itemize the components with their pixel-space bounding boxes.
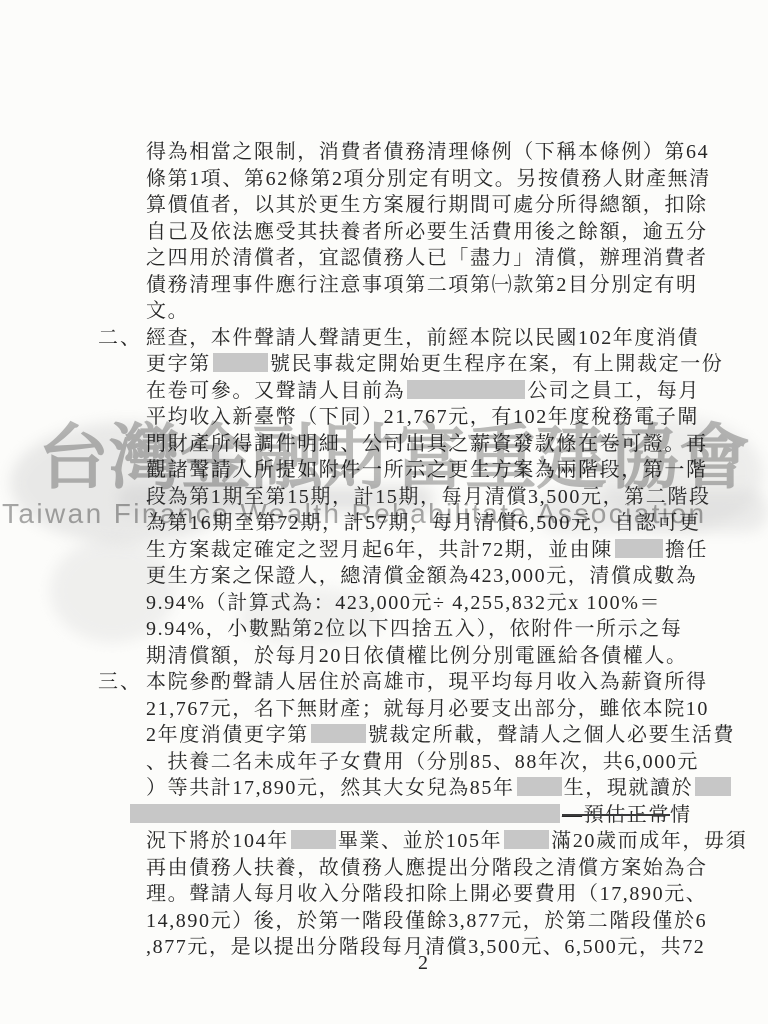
line-text: 經查，本件聲請人聲請更生，前經本院以民國102年度消債 <box>146 327 699 349</box>
line-text: 理。聲請人每月收入分階段扣除上開必要費用（17,890元、 <box>146 883 707 905</box>
document-line: 條第1項、第62條第2項分別定有明文。另按債務人財產無清 <box>98 166 748 193</box>
document-line: 況下將於104年畢業、並於105年滿20歲而成年，毋須 <box>98 828 748 855</box>
page-number: 2 <box>98 952 748 975</box>
line-text: 自己及依法應受其扶養者所必要生活費用後之餘額，逾五分 <box>146 221 708 243</box>
document-line: 21,767元，名下無財產；就每月必要支出部分，雖依本院10 <box>98 696 748 723</box>
line-text: 平均收入新臺幣（下同）21,767元，有102年度稅務電子閘 <box>146 406 699 428</box>
line-text: 21,767元，名下無財產；就每月必要支出部分，雖依本院10 <box>146 698 709 720</box>
line-text: 再由債務人扶養，故債務人應提出分階段之清償方案始為合 <box>146 857 708 879</box>
redaction-box <box>517 777 562 796</box>
document-line: ）等共計17,890元，然其大女兒為85年生，現就讀於 <box>98 775 748 802</box>
document-line: —預估正常情 <box>98 802 748 829</box>
line-text: 號裁定所載，聲請人之個人必要生活費 <box>368 724 735 746</box>
line-text: 9.94%，小數點第2位以下四捨五入），依附件一所示之每 <box>146 618 682 640</box>
line-text: 在卷可參。又聲請人目前為 <box>146 380 405 402</box>
document-line: 之四用於清償者，宜認債務人已「盡力」清償，辦理消費者 <box>98 245 748 272</box>
redaction-box <box>504 830 549 849</box>
document-line: 平均收入新臺幣（下同）21,767元，有102年度稅務電子閘 <box>98 404 748 431</box>
document-line: 、扶養二名未成年子女費用（分別85、88年次，共6,000元 <box>98 749 748 776</box>
document-line: 為第16期至第72期，計57期，每月清償6,500元，自認可更 <box>98 510 748 537</box>
document-line: 理。聲請人每月收入分階段扣除上開必要費用（17,890元、 <box>98 881 748 908</box>
line-text: 得為相當之限制，消費者債務清理條例（下稱本條例）第64 <box>146 141 709 163</box>
line-text: 滿20歲而成年，毋須 <box>551 830 747 852</box>
document-line: 得為相當之限制，消費者債務清理條例（下稱本條例）第64 <box>98 139 748 166</box>
section-label: 三、 <box>98 669 146 696</box>
line-text: 期清償額，於每月20日依債權比例分別電匯給各債權人。 <box>146 645 688 667</box>
line-text: 為第16期至第72期，計57期，每月清償6,500元，自認可更 <box>146 512 701 534</box>
line-text: 門財產所得調件明細、公司出具之薪資發款條在卷可證。再 <box>146 433 708 455</box>
document-line: 段為第1期至第15期，計15期，每月清償3,500元，第二階段 <box>98 484 748 511</box>
line-text: ）等共計17,890元，然其大女兒為85年 <box>146 777 515 799</box>
line-text: 算價值者，以其於更生方案履行期間可處分所得總額，扣除 <box>146 194 708 216</box>
redaction-box <box>615 539 663 558</box>
redaction-box <box>407 380 525 399</box>
line-text: 14,890元）後，於第一階段僅餘3,877元，於第二階段僅於6 <box>146 910 707 932</box>
line-text: 觀諸聲請人所提如附件一所示之更生方案為兩階段，第一階 <box>146 459 708 481</box>
line-text: 2年度消債更字第 <box>146 724 309 746</box>
document-line: 觀諸聲請人所提如附件一所示之更生方案為兩階段，第一階 <box>98 457 748 484</box>
document-line: 生方案裁定確定之翌月起6年，共計72期，並由陳擔任 <box>98 537 748 564</box>
text-column: 得為相當之限制，消費者債務清理條例（下稱本條例）第64條第1項、第62條第2項分… <box>98 139 748 961</box>
line-text: 本院參酌聲請人居住於高雄市，現平均每月收入為薪資所得 <box>146 671 708 693</box>
line-text: 號民事裁定開始更生程序在案，有上開裁定一份 <box>270 353 724 375</box>
document-line: 二、經查，本件聲請人聲請更生，前經本院以民國102年度消債 <box>98 325 748 352</box>
line-text: 文。 <box>146 300 189 322</box>
line-text: 畢業、並於105年 <box>338 830 502 852</box>
line-text: 條第1項、第62條第2項分別定有明文。另按債務人財產無清 <box>146 168 711 190</box>
section-label: 二、 <box>98 325 146 352</box>
line-text: 更字第 <box>146 353 211 375</box>
line-text: 生方案裁定確定之翌月起6年，共計72期，並由陳 <box>146 539 613 561</box>
redaction-box <box>130 804 560 823</box>
line-text: 9.94%（計算式為：423,000元÷ 4,255,832元x 100%＝ <box>146 592 661 614</box>
document-line: 債務清理事件應行注意事項第二項第㈠款第2目分別定有明 <box>98 272 748 299</box>
document-line: 三、本院參酌聲請人居住於高雄市，現平均每月收入為薪資所得 <box>98 669 748 696</box>
line-text: 情 <box>670 804 692 826</box>
document-line: 更生方案之保證人，總清償金額為423,000元，清償成數為 <box>98 563 748 590</box>
line-text: 債務清理事件應行注意事項第二項第㈠款第2目分別定有明 <box>146 274 698 296</box>
document-line: 自己及依法應受其扶養者所必要生活費用後之餘額，逾五分 <box>98 219 748 246</box>
struck-text: —預估正常 <box>562 804 670 826</box>
document-line: 更字第號民事裁定開始更生程序在案，有上開裁定一份 <box>98 351 748 378</box>
document-line: 2年度消債更字第號裁定所載，聲請人之個人必要生活費 <box>98 722 748 749</box>
document-line: 文。 <box>98 298 748 325</box>
line-text: 公司之員工，每月 <box>527 380 700 402</box>
document-line: 在卷可參。又聲請人目前為公司之員工，每月 <box>98 378 748 405</box>
line-text: 段為第1期至第15期，計15期，每月清償3,500元，第二階段 <box>146 486 711 508</box>
line-text: 擔任 <box>665 539 708 561</box>
document-line: 門財產所得調件明細、公司出具之薪資發款條在卷可證。再 <box>98 431 748 458</box>
line-text: 、扶養二名未成年子女費用（分別85、88年次，共6,000元 <box>146 751 699 773</box>
document-line: 14,890元）後，於第一階段僅餘3,877元，於第二階段僅於6 <box>98 908 748 935</box>
document-line: 9.94%，小數點第2位以下四捨五入），依附件一所示之每 <box>98 616 748 643</box>
redaction-box <box>291 830 336 849</box>
line-text: 之四用於清償者，宜認債務人已「盡力」清償，辦理消費者 <box>146 247 708 269</box>
redaction-box <box>311 724 366 743</box>
document-line: 算價值者，以其於更生方案履行期間可處分所得總額，扣除 <box>98 192 748 219</box>
line-text: 生，現就讀於 <box>564 777 694 799</box>
line-text: 更生方案之保證人，總清償金額為423,000元，清償成數為 <box>146 565 697 587</box>
document-line: 再由債務人扶養，故債務人應提出分階段之清償方案始為合 <box>98 855 748 882</box>
document-page: 得為相當之限制，消費者債務清理條例（下稱本條例）第64條第1項、第62條第2項分… <box>0 0 768 1024</box>
line-text: 況下將於104年 <box>146 830 289 852</box>
redaction-box <box>695 777 731 796</box>
document-line: 9.94%（計算式為：423,000元÷ 4,255,832元x 100%＝ <box>98 590 748 617</box>
redaction-box <box>213 353 268 372</box>
document-line: 期清償額，於每月20日依債權比例分別電匯給各債權人。 <box>98 643 748 670</box>
